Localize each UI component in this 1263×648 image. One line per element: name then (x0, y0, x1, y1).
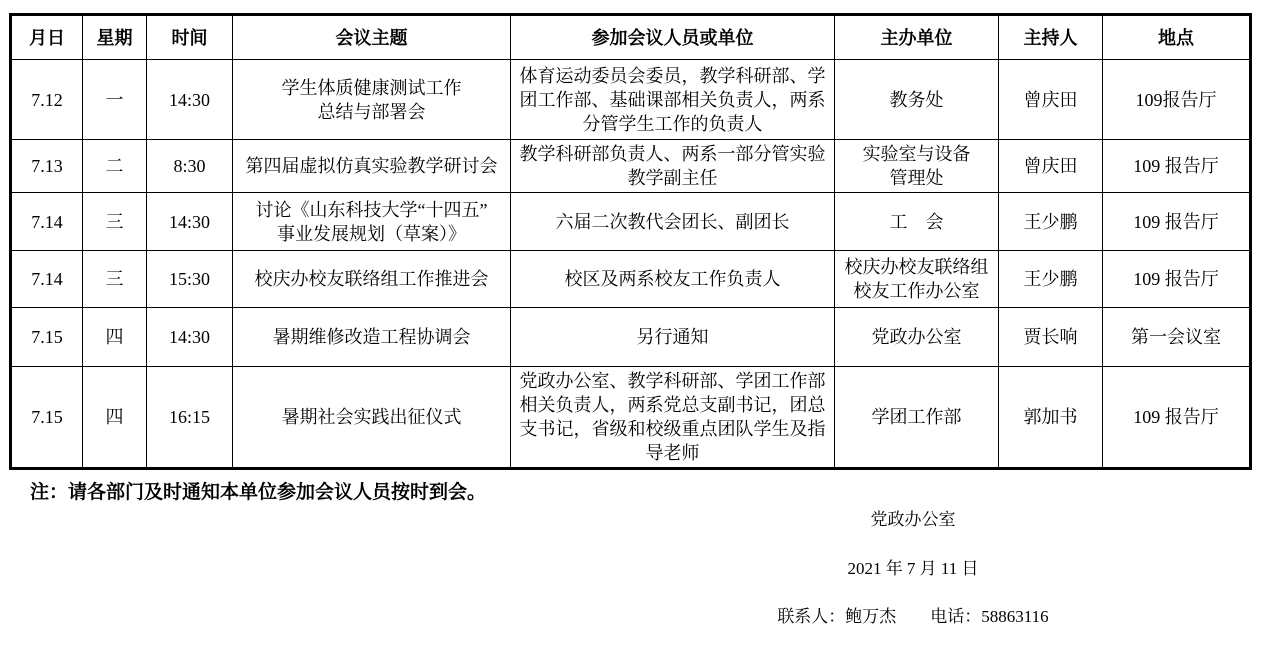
cell-weekday: 四 (83, 308, 147, 367)
cell-weekday: 一 (83, 60, 147, 140)
table-row: 7.12 一 14:30 学生体质健康测试工作 总结与部署会 体育运动委员会委员… (11, 60, 1251, 140)
cell-participants: 党政办公室、教学科研部、学团工作部相关负责人，两系党总支副书记，团总支书记，省级… (511, 367, 835, 469)
cell-time: 16:15 (147, 367, 233, 469)
col-header-participants: 参加会议人员或单位 (511, 15, 835, 60)
cell-participants: 校区及两系校友工作负责人 (511, 251, 835, 308)
table-row: 7.15 四 16:15 暑期社会实践出征仪式 党政办公室、教学科研部、学团工作… (11, 367, 1251, 469)
signature-department: 党政办公室 (757, 505, 1069, 530)
table-row: 7.15 四 14:30 暑期维修改造工程协调会 另行通知 党政办公室 贾长响 … (11, 308, 1251, 367)
cell-time: 8:30 (147, 140, 233, 193)
cell-host: 郭加书 (999, 367, 1103, 469)
col-header-organizer: 主办单位 (835, 15, 999, 60)
cell-location: 109 报告厅 (1103, 251, 1251, 308)
cell-time: 14:30 (147, 60, 233, 140)
cell-participants: 另行通知 (511, 308, 835, 367)
cell-time: 14:30 (147, 308, 233, 367)
cell-location: 109 报告厅 (1103, 193, 1251, 251)
cell-topic: 学生体质健康测试工作 总结与部署会 (233, 60, 511, 140)
table-row: 7.14 三 15:30 校庆办校友联络组工作推进会 校区及两系校友工作负责人 … (11, 251, 1251, 308)
cell-participants: 教学科研部负责人、两系一部分管实验教学副主任 (511, 140, 835, 193)
cell-location: 109 报告厅 (1103, 140, 1251, 193)
signature-date: 2021 年 7 月 11 日 (757, 554, 1069, 579)
note-text: 注：请各部门及时通知本单位参加会议人员按时到会。 (30, 477, 486, 504)
meeting-schedule-document: 月日 星期 时间 会议主题 参加会议人员或单位 主办单位 主持人 地点 7.12… (0, 0, 1263, 648)
cell-topic: 校庆办校友联络组工作推进会 (233, 251, 511, 308)
cell-date: 7.13 (11, 140, 83, 193)
cell-organizer: 教务处 (835, 60, 999, 140)
cell-participants: 六届二次教代会团长、副团长 (511, 193, 835, 251)
cell-date: 7.15 (11, 367, 83, 469)
cell-location: 109报告厅 (1103, 60, 1251, 140)
cell-host: 曾庆田 (999, 60, 1103, 140)
cell-organizer: 校庆办校友联络组 校友工作办公室 (835, 251, 999, 308)
cell-topic: 暑期社会实践出征仪式 (233, 367, 511, 469)
col-header-location: 地点 (1103, 15, 1251, 60)
cell-host: 贾长响 (999, 308, 1103, 367)
col-header-weekday: 星期 (83, 15, 147, 60)
meeting-schedule-table: 月日 星期 时间 会议主题 参加会议人员或单位 主办单位 主持人 地点 7.12… (9, 13, 1252, 470)
table-row: 7.13 二 8:30 第四届虚拟仿真实验教学研讨会 教学科研部负责人、两系一部… (11, 140, 1251, 193)
cell-topic: 讨论《山东科技大学“十四五” 事业发展规划（草案）》 (233, 193, 511, 251)
cell-date: 7.14 (11, 251, 83, 308)
cell-organizer: 工 会 (835, 193, 999, 251)
col-header-host: 主持人 (999, 15, 1103, 60)
cell-topic: 暑期维修改造工程协调会 (233, 308, 511, 367)
cell-organizer: 实验室与设备 管理处 (835, 140, 999, 193)
cell-host: 王少鹏 (999, 193, 1103, 251)
cell-participants: 体育运动委员会委员，教学科研部、学团工作部、基础课部相关负责人，两系分管学生工作… (511, 60, 835, 140)
cell-weekday: 四 (83, 367, 147, 469)
cell-weekday: 三 (83, 193, 147, 251)
cell-host: 曾庆田 (999, 140, 1103, 193)
col-header-time: 时间 (147, 15, 233, 60)
cell-location: 109 报告厅 (1103, 367, 1251, 469)
table-row: 7.14 三 14:30 讨论《山东科技大学“十四五” 事业发展规划（草案）》 … (11, 193, 1251, 251)
col-header-topic: 会议主题 (233, 15, 511, 60)
cell-date: 7.12 (11, 60, 83, 140)
cell-host: 王少鹏 (999, 251, 1103, 308)
cell-time: 15:30 (147, 251, 233, 308)
cell-organizer: 学团工作部 (835, 367, 999, 469)
cell-topic: 第四届虚拟仿真实验教学研讨会 (233, 140, 511, 193)
cell-location: 第一会议室 (1103, 308, 1251, 367)
header-row: 月日 星期 时间 会议主题 参加会议人员或单位 主办单位 主持人 地点 (11, 15, 1251, 60)
cell-time: 14:30 (147, 193, 233, 251)
contact-line: 联系人：鲍万杰 电话：58863116 (757, 602, 1069, 627)
col-header-date: 月日 (11, 15, 83, 60)
cell-organizer: 党政办公室 (835, 308, 999, 367)
cell-weekday: 二 (83, 140, 147, 193)
cell-date: 7.15 (11, 308, 83, 367)
cell-date: 7.14 (11, 193, 83, 251)
cell-weekday: 三 (83, 251, 147, 308)
